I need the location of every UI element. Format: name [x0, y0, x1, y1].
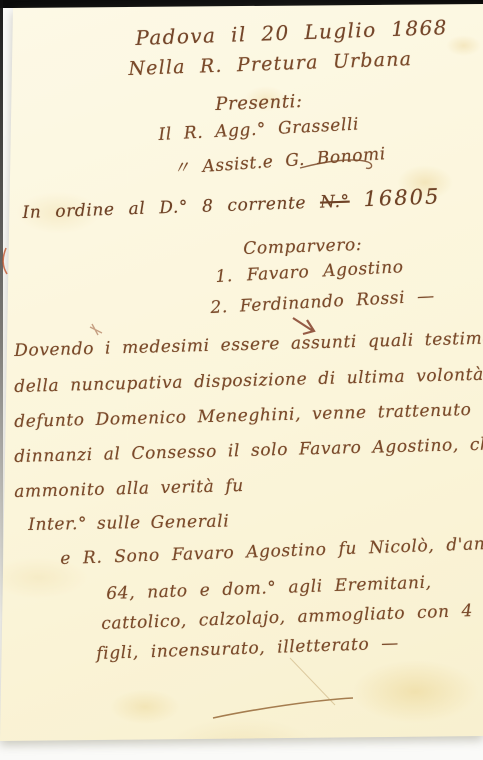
pen-flourish-faint — [290, 658, 335, 705]
scanned-document-page: Padova il 20 Luglio 1868 Nella R. Pretur… — [0, 0, 483, 760]
body-line: dinnanzi al Consesso il solo Favaro Agos… — [14, 434, 483, 467]
reference-line: In ordine al D.° 8 corrente N.° 16805 — [22, 184, 441, 223]
official-line-1: Il R. Agg.° Grasselli — [158, 114, 360, 144]
body-line: della nuncupativa disposizione di ultima… — [14, 364, 483, 397]
handwriting-layer: Padova il 20 Luglio 1868 Nella R. Pretur… — [0, 0, 483, 760]
body-line: Dovendo i medesimi essere assunti quali … — [14, 328, 483, 361]
interrogation-line: Inter.° sulle Generali — [28, 511, 229, 535]
dateline: Padova il 20 Luglio 1868 — [135, 15, 448, 50]
presenti-heading: Presenti: — [215, 91, 303, 115]
response-line: 64, nato e dom.° agli Eremitani, — [106, 573, 432, 604]
protocol-number: 16805 — [363, 184, 441, 211]
ink-smudge-small — [90, 324, 102, 335]
official-line-2: 〃 Assist.e G. Bonomi — [172, 139, 386, 179]
body-line: ammonito alla verità fu — [14, 476, 244, 502]
body-line: defunto Domenico Meneghini, venne tratte… — [14, 400, 472, 432]
ink-smudge-arrow — [293, 318, 314, 334]
response-line: figli, incensurato, illetterato — — [96, 633, 399, 664]
court-name: Nella R. Pretura Urbana — [128, 48, 413, 80]
margin-red-mark — [3, 248, 7, 274]
comparvero-heading: Comparvero: — [243, 235, 363, 259]
pen-flourish-bottom — [213, 698, 353, 718]
witness-item-1: 1. Favaro Agostino — [215, 257, 404, 287]
reference-prefix: In ordine al D.° 8 corrente — [22, 193, 306, 223]
response-line: cattolico, calzolajo, ammogliato con 4 — [101, 601, 473, 634]
response-line: e R. Sono Favaro Agostino fu Nicolò, d'a… — [60, 534, 483, 569]
reference-crossed-out: N.° — [320, 192, 350, 213]
witness-item-2: 2. Ferdinando Rossi — — [210, 286, 435, 318]
